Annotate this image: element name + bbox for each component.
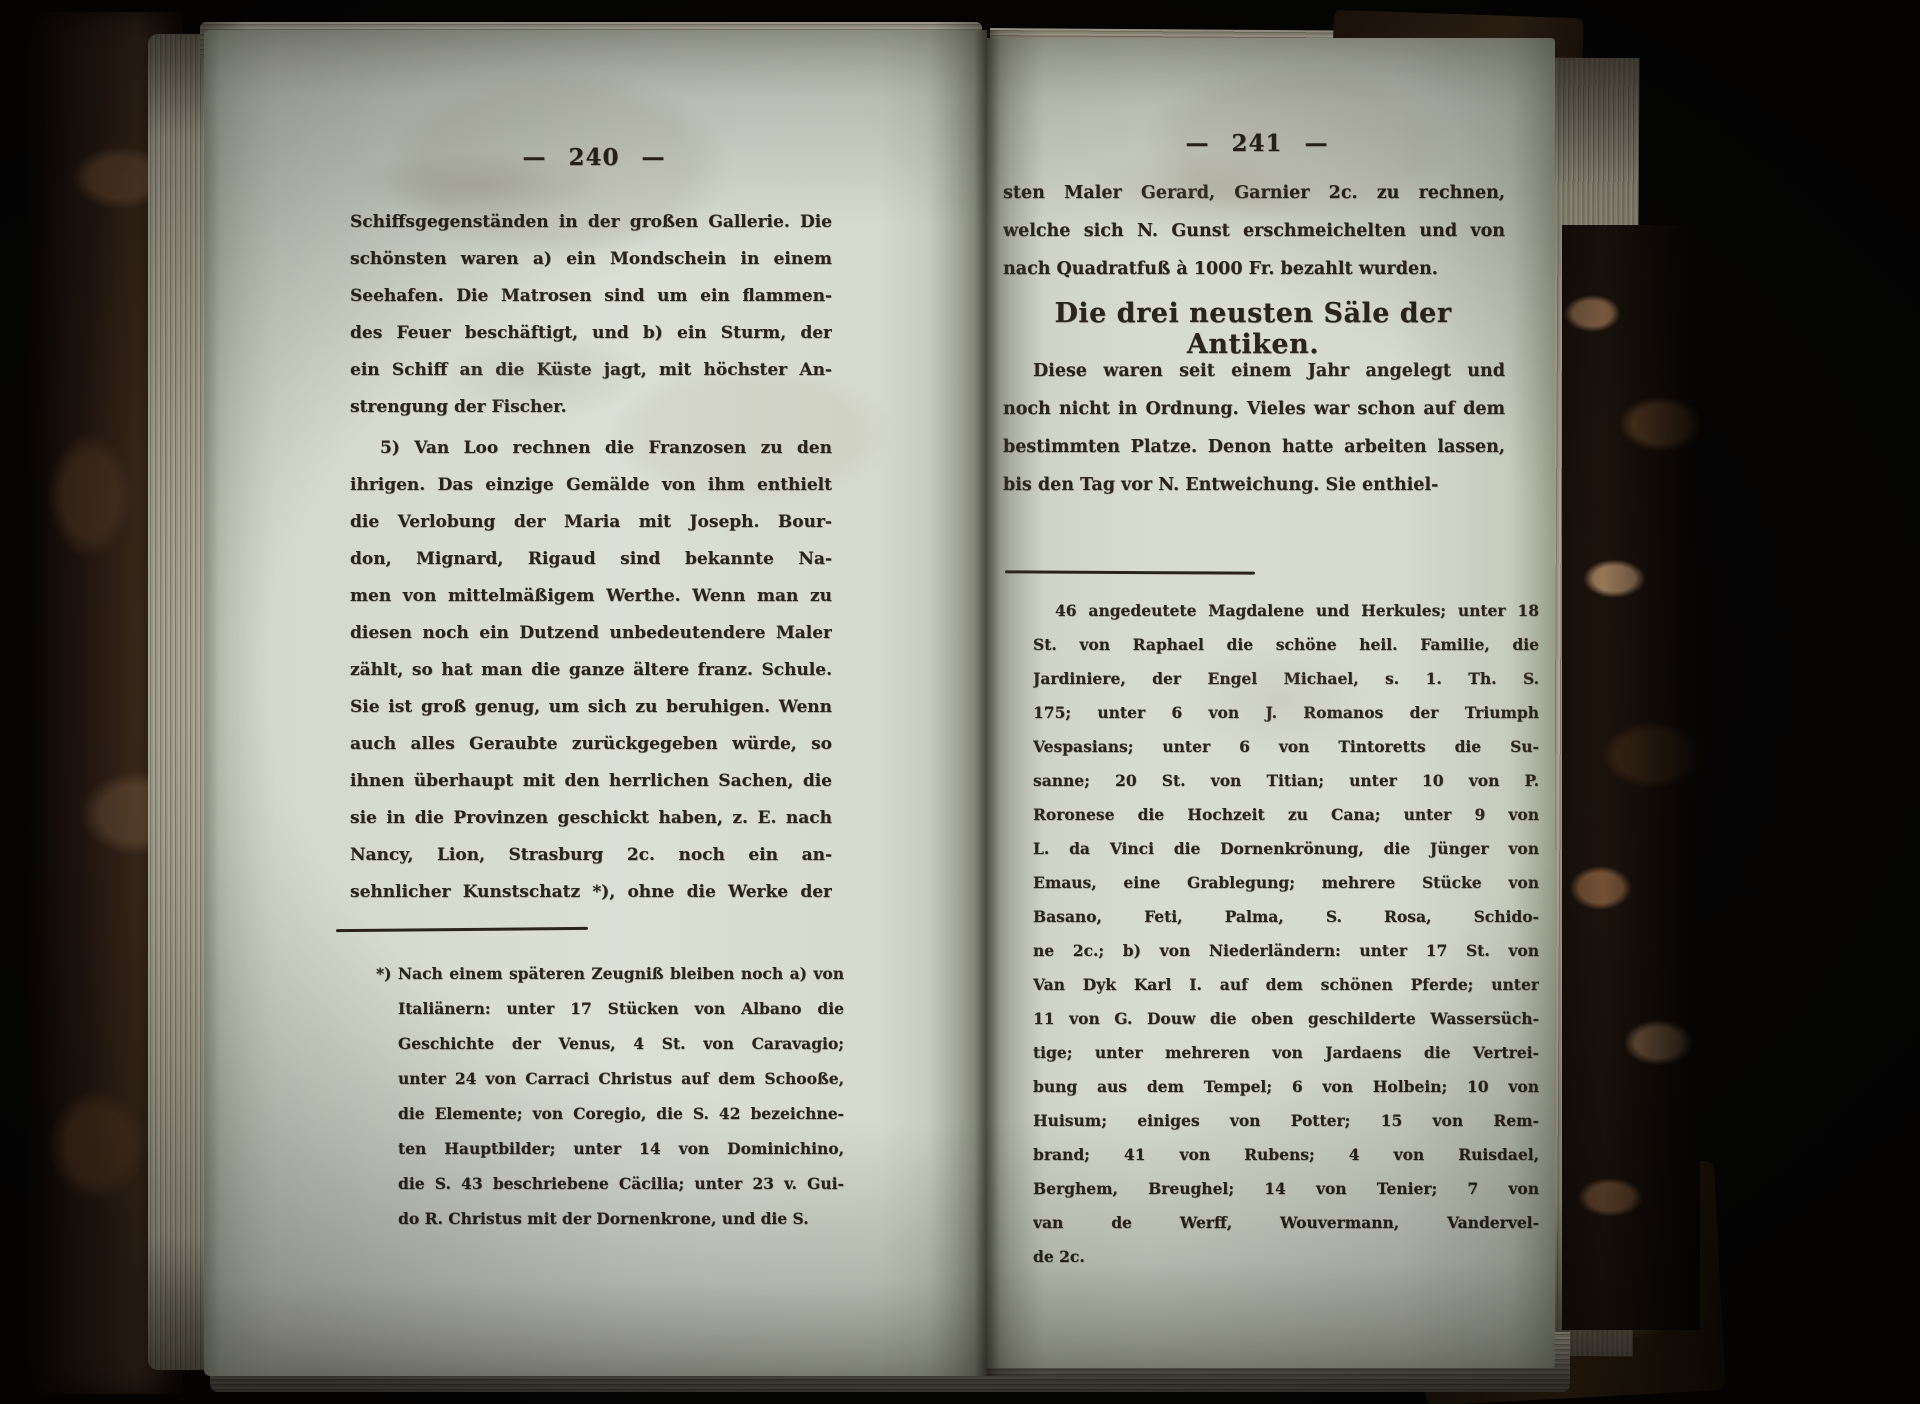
footnote-rule-left — [336, 927, 588, 932]
text-line: 11 von G. Douw die oben geschilderte Was… — [1033, 1002, 1539, 1036]
text-line: Seehafen. Die Matrosen sind um ein flamm… — [350, 278, 832, 315]
text-line: ten Hauptbilder; unter 14 von Dominichin… — [376, 1131, 844, 1166]
text-line: auch alles Geraubte zurückgegeben würde,… — [350, 726, 832, 763]
text-line: die S. 43 beschriebene Cäcilia; unter 23… — [376, 1166, 844, 1201]
text-line: Vespasians; unter 6 von Tintoretts die S… — [1033, 730, 1539, 764]
text-line: ihnen überhaupt mit den herrlichen Sache… — [350, 763, 832, 800]
text-line: 175; unter 6 von J. Romanos der Triumph — [1033, 696, 1539, 730]
page-number-left: 240 — [568, 144, 619, 171]
text-line: bung aus dem Tempel; 6 von Holbein; 10 v… — [1033, 1070, 1539, 1104]
text-line: Sie ist groß genug, um sich zu beruhigen… — [350, 689, 832, 726]
text-line: brand; 41 von Rubens; 4 von Ruisdael, — [1033, 1138, 1539, 1172]
paragraph-antiken: Diese waren seit einem Jahr angelegt und… — [1003, 352, 1505, 504]
text-line: Diese waren seit einem Jahr angelegt und — [1003, 352, 1505, 390]
section-heading: Die drei neusten Säle der Antiken. — [997, 298, 1509, 360]
paragraph-continuation: sten Maler Gerard, Garnier 2c. zu rechne… — [1003, 174, 1505, 288]
book-page-right: —241— sten Maler Gerard, Garnier 2c. zu … — [987, 38, 1555, 1368]
text-line: tige; unter mehreren von Jardaens die Ve… — [1033, 1036, 1539, 1070]
page-number-right: 241 — [1231, 130, 1282, 157]
header-dash-right: — — [642, 144, 666, 171]
text-line: die Elemente; von Coregio, die S. 42 bez… — [376, 1096, 844, 1131]
text-line: Emaus, eine Grablegung; mehrere Stücke v… — [1033, 866, 1539, 900]
header-dash-left: — — [1185, 130, 1209, 157]
text-line: de 2c. — [1033, 1240, 1539, 1274]
text-line: sehnlicher Kunstschatz *), ohne die Werk… — [350, 874, 832, 911]
text-line: ihrigen. Das einzige Gemälde von ihm ent… — [350, 467, 832, 504]
text-line: bestimmten Platze. Denon hatte arbeiten … — [1003, 428, 1505, 466]
text-line: Schiffsgegenständen in der großen Galler… — [350, 204, 832, 241]
text-line: des Feuer beschäftigt, und b) ein Sturm,… — [350, 315, 832, 352]
text-line: diesen noch ein Dutzend unbedeutendere M… — [350, 615, 832, 652]
text-line: do R. Christus mit der Dornenkrone, und … — [376, 1201, 844, 1236]
text-line: noch nicht in Ordnung. Vieles war schon … — [1003, 390, 1505, 428]
text-line: van de Werff, Wouvermann, Vandervel- — [1033, 1206, 1539, 1240]
page-header-right: —241— — [1007, 130, 1507, 157]
text-line: L. da Vinci die Dornenkrönung, die Jünge… — [1033, 832, 1539, 866]
header-dash-right: — — [1305, 130, 1329, 157]
text-line: don, Mignard, Rigaud sind bekannte Na- — [350, 541, 832, 578]
header-dash-left: — — [522, 144, 546, 171]
text-line: unter 24 von Carraci Christus auf dem Sc… — [376, 1061, 844, 1096]
book-page-left: —240— Schiffsgegenständen in der großen … — [204, 30, 987, 1376]
text-line: 5) Van Loo rechnen die Franzosen zu den — [350, 430, 832, 467]
text-line: men von mittelmäßigem Werthe. Wenn man z… — [350, 578, 832, 615]
text-line: Nancy, Lion, Strasburg 2c. noch ein an- — [350, 837, 832, 874]
text-line: Berghem, Breughel; 14 von Tenier; 7 von — [1033, 1172, 1539, 1206]
text-line: Huisum; einiges von Potter; 15 von Rem- — [1033, 1104, 1539, 1138]
text-line: die Verlobung der Maria mit Joseph. Bour… — [350, 504, 832, 541]
text-line: Van Dyk Karl I. auf dem schönen Pferde; … — [1033, 968, 1539, 1002]
text-line: zählt, so hat man die ganze ältere franz… — [350, 652, 832, 689]
text-line: strengung der Fischer. — [350, 389, 832, 426]
text-line: sanne; 20 St. von Titian; unter 10 von P… — [1033, 764, 1539, 798]
text-line: ne 2c.; b) von Niederländern: unter 17 S… — [1033, 934, 1539, 968]
text-line: sten Maler Gerard, Garnier 2c. zu rechne… — [1003, 174, 1505, 212]
book-photo-scene: —240— Schiffsgegenständen in der großen … — [0, 0, 1920, 1404]
text-line: Roronese die Hochzeit zu Cana; unter 9 v… — [1033, 798, 1539, 832]
text-line: Basano, Feti, Palma, S. Rosa, Schido- — [1033, 900, 1539, 934]
text-line: schönsten waren a) ein Mondschein in ein… — [350, 241, 832, 278]
paragraph-continuation: Schiffsgegenständen in der großen Galler… — [350, 204, 832, 426]
text-line: welche sich N. Gunst erschmeichelten und… — [1003, 212, 1505, 250]
footnote-continuation-right: 46 angedeutete Magdalene und Herkules; u… — [1033, 594, 1539, 1274]
marbled-cover-right — [1562, 225, 1700, 1330]
text-line: *) Nach einem späteren Zeugniß bleiben n… — [376, 956, 844, 991]
text-line: Geschichte der Venus, 4 St. von Caravagi… — [376, 1026, 844, 1061]
text-line: Jardiniere, der Engel Michael, s. 1. Th.… — [1033, 662, 1539, 696]
text-line: sie in die Provinzen geschickt haben, z.… — [350, 800, 832, 837]
text-line: ein Schiff an die Küste jagt, mit höchst… — [350, 352, 832, 389]
text-line: nach Quadratfuß à 1000 Fr. bezahlt wurde… — [1003, 250, 1505, 288]
footnote-rule-right — [1005, 570, 1255, 574]
text-line: bis den Tag vor N. Entweichung. Sie enth… — [1003, 466, 1505, 504]
text-line: St. von Raphael die schöne heil. Familie… — [1033, 628, 1539, 662]
paragraph-van-loo: 5) Van Loo rechnen die Franzosen zu deni… — [350, 430, 832, 911]
text-line: Italiänern: unter 17 Stücken von Albano … — [376, 991, 844, 1026]
text-line: 46 angedeutete Magdalene und Herkules; u… — [1033, 594, 1539, 628]
footnote-left: *) Nach einem späteren Zeugniß bleiben n… — [376, 956, 844, 1236]
page-header-left: —240— — [354, 144, 834, 171]
